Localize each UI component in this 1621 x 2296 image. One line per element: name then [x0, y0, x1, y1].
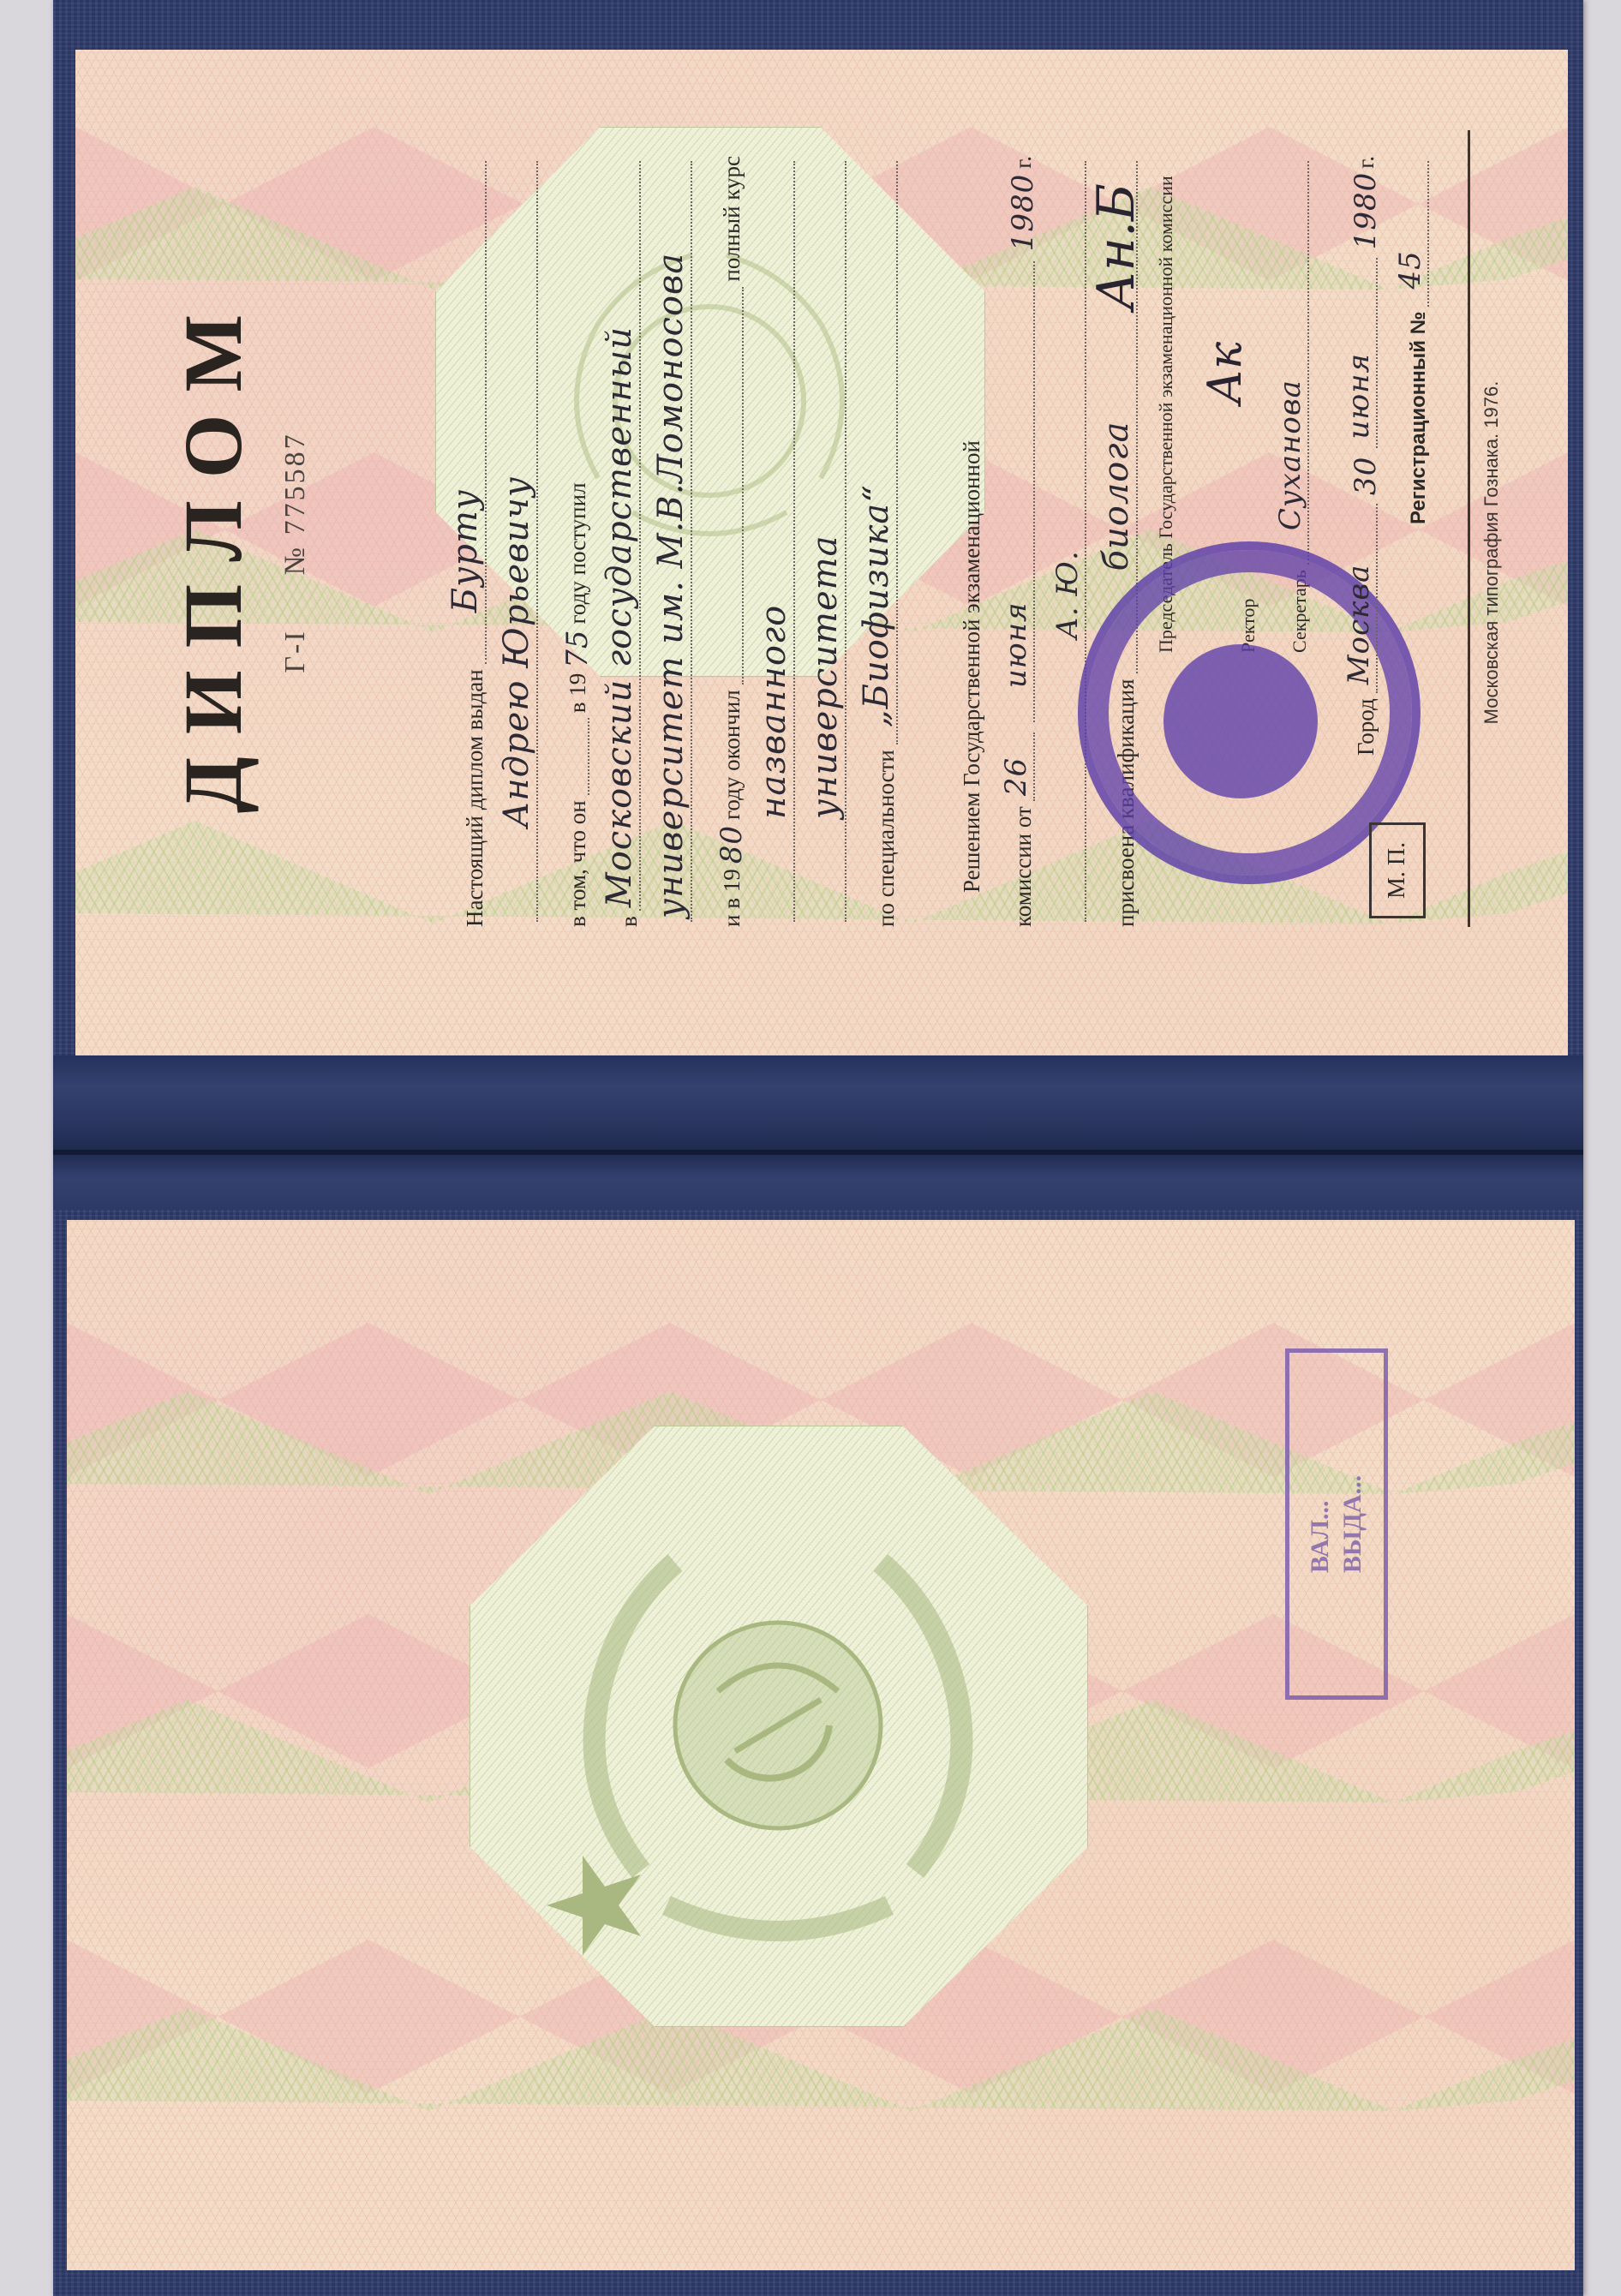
commission-year: 1980	[1006, 169, 1040, 257]
printer-imprint: Московская типография Гознака. 1976.	[1480, 50, 1503, 1055]
year-suffix: г.	[1010, 156, 1040, 169]
spine-crease	[53, 1150, 1583, 1155]
city-value: Москва	[1342, 565, 1376, 685]
chairman-initials-line: А. Ю.	[1044, 156, 1092, 927]
commission-label: комиссии от	[1010, 806, 1040, 927]
cover-spine	[53, 1055, 1583, 1210]
diploma-series: Г-I	[279, 629, 311, 673]
named-line-2: университета	[804, 156, 852, 927]
diploma-serial-number: Г-I № 775587	[279, 50, 312, 1055]
finished-year: 80	[715, 820, 749, 869]
chairman-initials: А. Ю.	[1050, 550, 1085, 639]
rectangular-ink-stamp: ВАЛ... ВЫДА...	[1285, 1348, 1388, 1700]
entered-pre: в том, что он	[565, 800, 595, 927]
recipient-surname: Бурту	[446, 489, 485, 613]
ussr-state-emblem-icon	[521, 1468, 1035, 1982]
rector-signature: Ак	[1198, 342, 1252, 404]
city-date-line: Город Москва 30 июня 1980 г.	[1335, 156, 1383, 756]
diploma-emblem-page: ВАЛ... ВЫДА...	[67, 1220, 1575, 2270]
university-pre: в	[616, 916, 646, 927]
university-line-2: университет им. М.В.Ломоносова	[649, 156, 697, 927]
secretary-name: Суханова	[1273, 380, 1307, 530]
issued-to-label: Настоящий диплом выдан	[462, 669, 492, 927]
entered-mid: в 19	[565, 673, 595, 714]
diploma-body-rotated: ДИПЛОМ Г-I № 775587 Настоящий диплом выд…	[75, 50, 1568, 1055]
commission-day: 26	[999, 757, 1033, 796]
recipient-name-line: Андрею Юрьевичу	[495, 156, 543, 927]
named-line-1: названного	[752, 156, 800, 927]
finished-mid: году окончил	[719, 690, 749, 820]
finished-post: полный курс	[719, 156, 749, 282]
specialty-label: по специальности	[873, 750, 903, 927]
qualification-value: биолога	[1097, 422, 1136, 571]
university-name-1: Московский государственный	[600, 326, 639, 907]
university-line-1: в Московский государственный	[598, 156, 646, 927]
mp-box: М. П.	[1369, 822, 1426, 918]
number-sign: №	[279, 545, 311, 575]
registration-number: 45	[1393, 250, 1427, 289]
named-university-1: названного	[754, 605, 793, 819]
footer-rule	[1468, 130, 1470, 927]
rect-stamp-text: ВАЛ... ВЫДА...	[1304, 1475, 1369, 1573]
commission-date-line: комиссии от 26 июня 1980 г.	[992, 156, 1040, 927]
issue-day: 30	[1349, 453, 1383, 499]
decision-text: Решением Государственной экзаменационной	[959, 440, 989, 893]
registration-label: Регистрационный №	[1407, 312, 1434, 524]
chairman-signature: Ан.Б	[1086, 183, 1146, 310]
city-label: Город	[1353, 698, 1383, 756]
diploma-number: 775587	[279, 432, 311, 535]
issue-month: июня	[1342, 353, 1376, 439]
seal-emblem-icon	[1163, 644, 1318, 798]
registration-line: Регистрационный № 45	[1386, 156, 1434, 524]
specialty-line: по специальности „Биофизика“	[855, 156, 903, 927]
diploma-title: ДИПЛОМ	[165, 50, 260, 1055]
issued-to-line: Настоящий диплом выдан Бурту	[444, 156, 492, 927]
issue-year-suffix: г.	[1353, 156, 1383, 169]
issue-year: 1980	[1349, 169, 1383, 254]
diploma-text-page: ДИПЛОМ Г-I № 775587 Настоящий диплом выд…	[75, 50, 1568, 1055]
commission-month: июня	[999, 601, 1033, 688]
finished-pre: и в 19	[719, 869, 749, 927]
university-name-2: университет им. М.В.Ломоносова	[651, 253, 691, 918]
entered-year: 75	[560, 624, 595, 673]
recipient-name: Андрею Юрьевичу	[497, 476, 536, 828]
specialty-value: „Биофизика“	[857, 484, 896, 727]
entered-line: в том, что он в 19 75 году поступил	[547, 156, 595, 927]
finished-line: и в 19 80 году окончил полный курс	[701, 156, 749, 927]
entered-post: году поступил	[565, 482, 595, 624]
named-university-2: университета	[805, 535, 845, 819]
decision-line: Решением Государственной экзаменационной	[941, 156, 989, 893]
